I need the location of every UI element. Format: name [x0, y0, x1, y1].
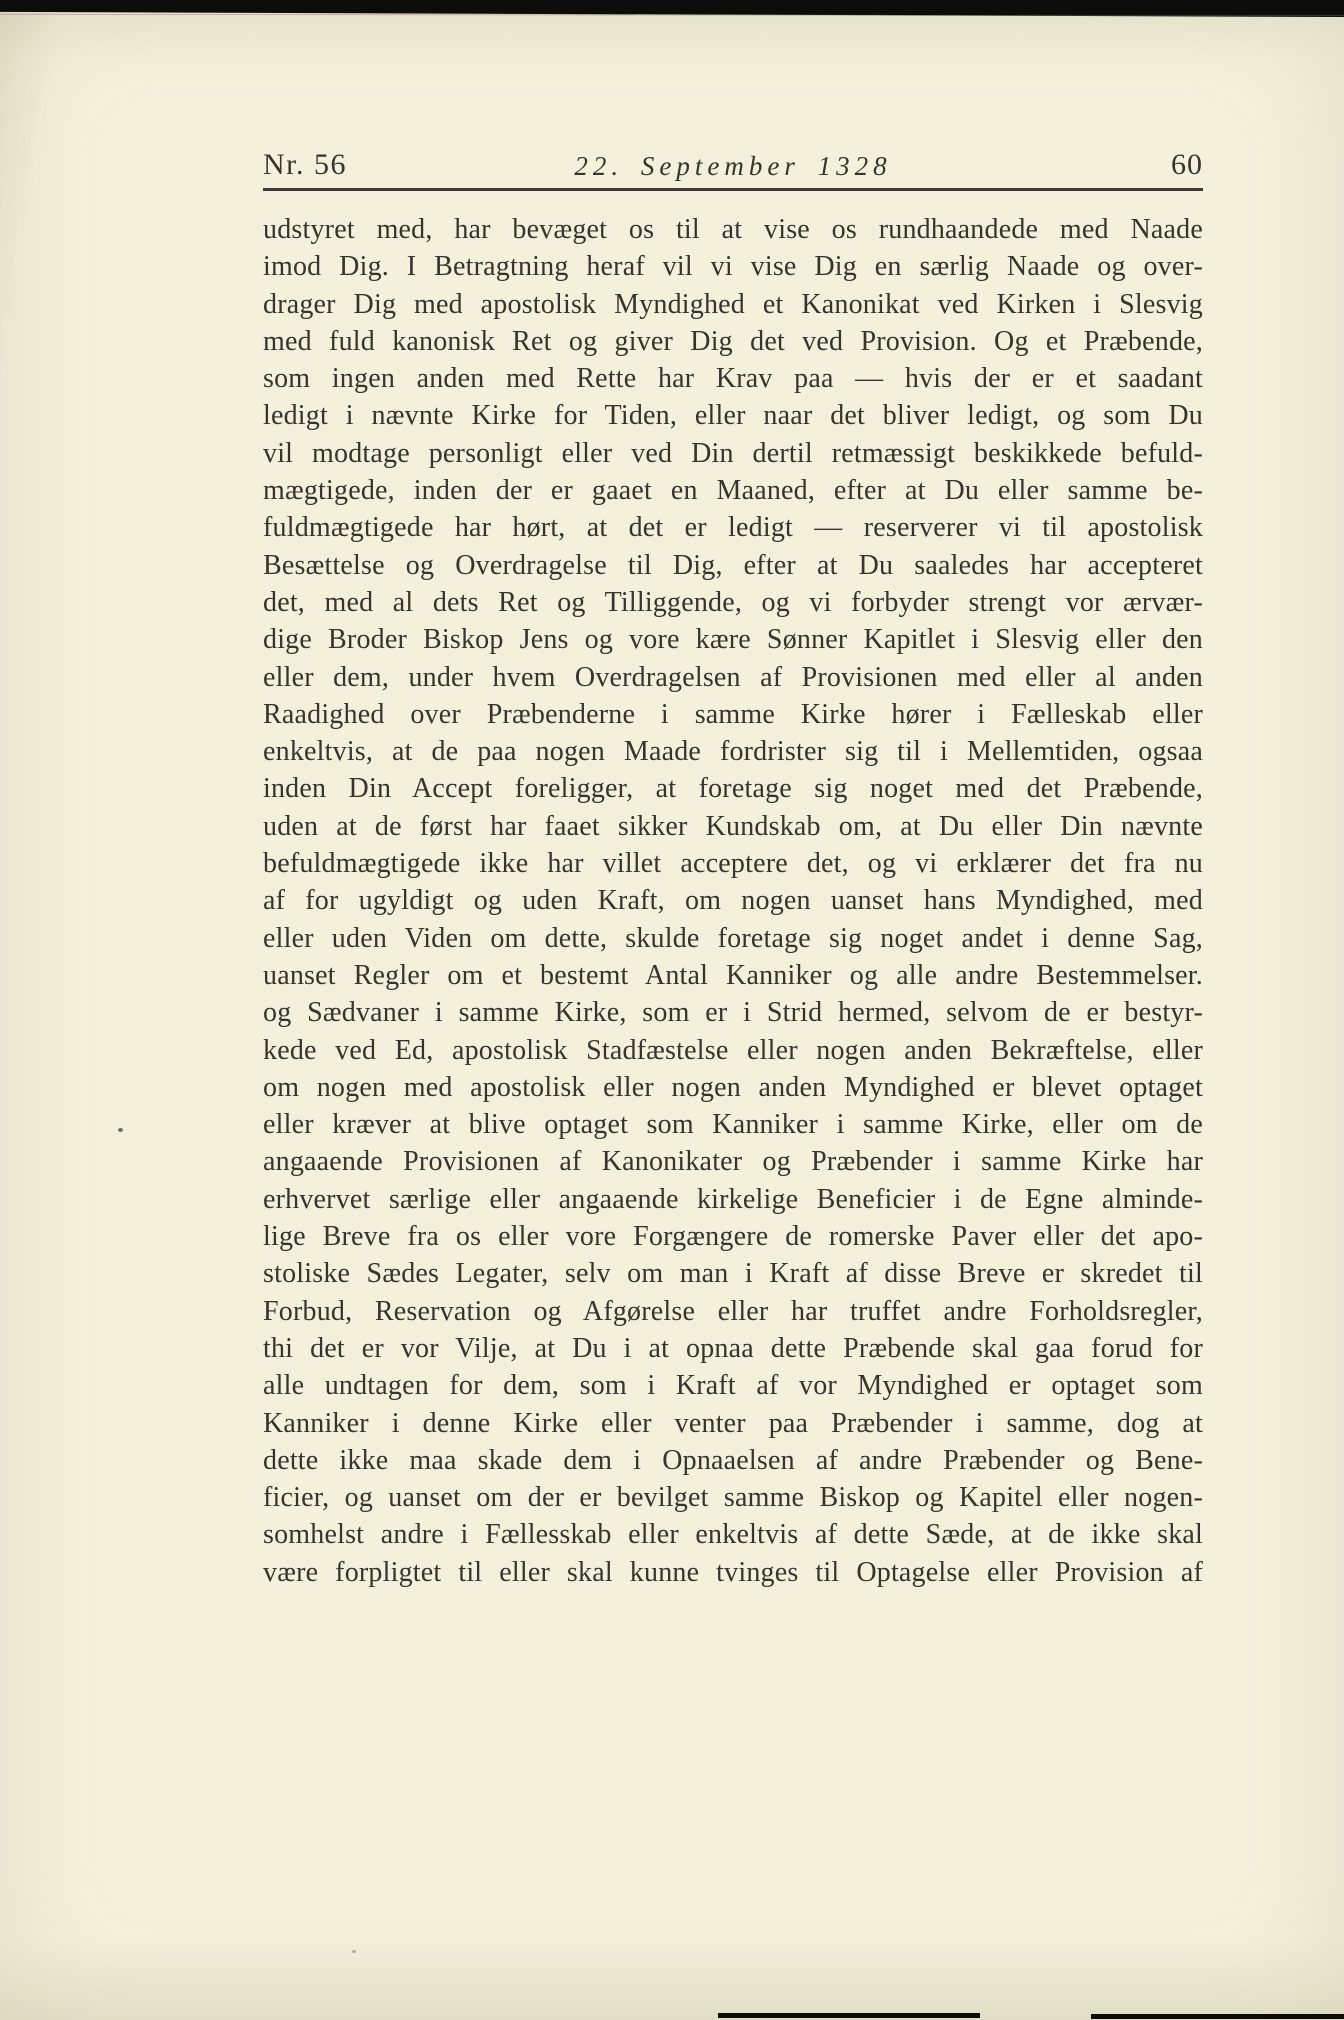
scanned-page: Nr. 56 22. September 1328 60 udstyret me… [0, 0, 1344, 2020]
body-text-line: og Sædvaner i samme Kirke, som er i Stri… [263, 994, 1203, 1031]
body-text-line: Kanniker i denne Kirke eller venter paa … [263, 1405, 1203, 1442]
body-text-line: vil modtage personligt eller ved Din der… [263, 435, 1203, 472]
ink-speck [352, 1950, 356, 1953]
body-text-line: uden at de først har faaet sikker Kundsk… [263, 808, 1203, 845]
ink-speck [118, 1128, 123, 1132]
body-text-line: inden Din Accept foreligger, at foretage… [263, 770, 1203, 807]
body-text-line: som ingen anden med Rette har Krav paa —… [263, 360, 1203, 397]
body-text-line: dette ikke maa skade dem i Opnaaelsen af… [263, 1442, 1203, 1479]
body-text-line: stoliske Sædes Legater, selv om man i Kr… [263, 1255, 1203, 1292]
body-text-line: Besættelse og Overdragelse til Dig, efte… [263, 547, 1203, 584]
body-text-line: Raadighed over Præbenderne i samme Kirke… [263, 696, 1203, 733]
body-text-line: eller kræver at blive optaget som Kannik… [263, 1106, 1203, 1143]
body-text-line: om nogen med apostolisk eller nogen ande… [263, 1069, 1203, 1106]
body-text-line: uanset Regler om et bestemt Antal Kannik… [263, 957, 1203, 994]
body-text-line: ficier, og uanset om der er bevilget sam… [263, 1479, 1203, 1516]
body-text-line: angaaende Provisionen af Kanonikater og … [263, 1143, 1203, 1180]
body-text-line: alle undtagen for dem, som i Kraft af vo… [263, 1367, 1203, 1404]
body-text-line: Forbud, Reservation og Afgørelse eller h… [263, 1293, 1203, 1330]
body-text-line: somhelst andre i Fællesskab eller enkelt… [263, 1516, 1203, 1553]
body-text-line: fuldmægtigede har hørt, at det er ledigt… [263, 509, 1203, 546]
body-text-line: drager Dig med apostolisk Myndighed et K… [263, 286, 1203, 323]
body-text-line: lige Breve fra os eller vore Forgængere … [263, 1218, 1203, 1255]
body-text-line: erhvervet særlige eller angaaende kirkel… [263, 1181, 1203, 1218]
body-text-line: udstyret med, har bevæget os til at vise… [263, 211, 1203, 248]
body-text-line: imod Dig. I Betragtning heraf vil vi vis… [263, 248, 1203, 285]
body-text-line: ledigt i nævnte Kirke for Tiden, eller n… [263, 397, 1203, 434]
body-text-line: thi det er vor Vilje, at Du i at opnaa d… [263, 1330, 1203, 1367]
scan-bottom-edge-segment [718, 2013, 980, 2018]
body-text-line: kede ved Ed, apostolisk Stadfæstelse ell… [263, 1032, 1203, 1069]
body-text-line: eller dem, under hvem Overdragelsen af P… [263, 659, 1203, 696]
body-text-line: med fuld kanonisk Ret og giver Dig det v… [263, 323, 1203, 360]
body-text-line: eller uden Viden om dette, skulde foreta… [263, 920, 1203, 957]
body-text: udstyret med, har bevæget os til at vise… [263, 211, 1203, 1591]
body-text-line: enkeltvis, at de paa nogen Maade fordris… [263, 733, 1203, 770]
header-rule [263, 188, 1203, 191]
body-text-line: befuldmægtigede ikke har villet accepter… [263, 845, 1203, 882]
body-text-line: være forpligtet til eller skal kunne tvi… [263, 1554, 1203, 1591]
body-text-line: dige Broder Biskop Jens og vore kære Søn… [263, 621, 1203, 658]
scan-bottom-edge-segment [1091, 2014, 1344, 2019]
body-text-line: af for ugyldigt og uden Kraft, om nogen … [263, 882, 1203, 919]
body-text-line: det, med al dets Ret og Tilliggende, og … [263, 584, 1203, 621]
body-text-line: mægtigede, inden der er gaaet en Maaned,… [263, 472, 1203, 509]
page-number: 60 [263, 148, 1203, 182]
